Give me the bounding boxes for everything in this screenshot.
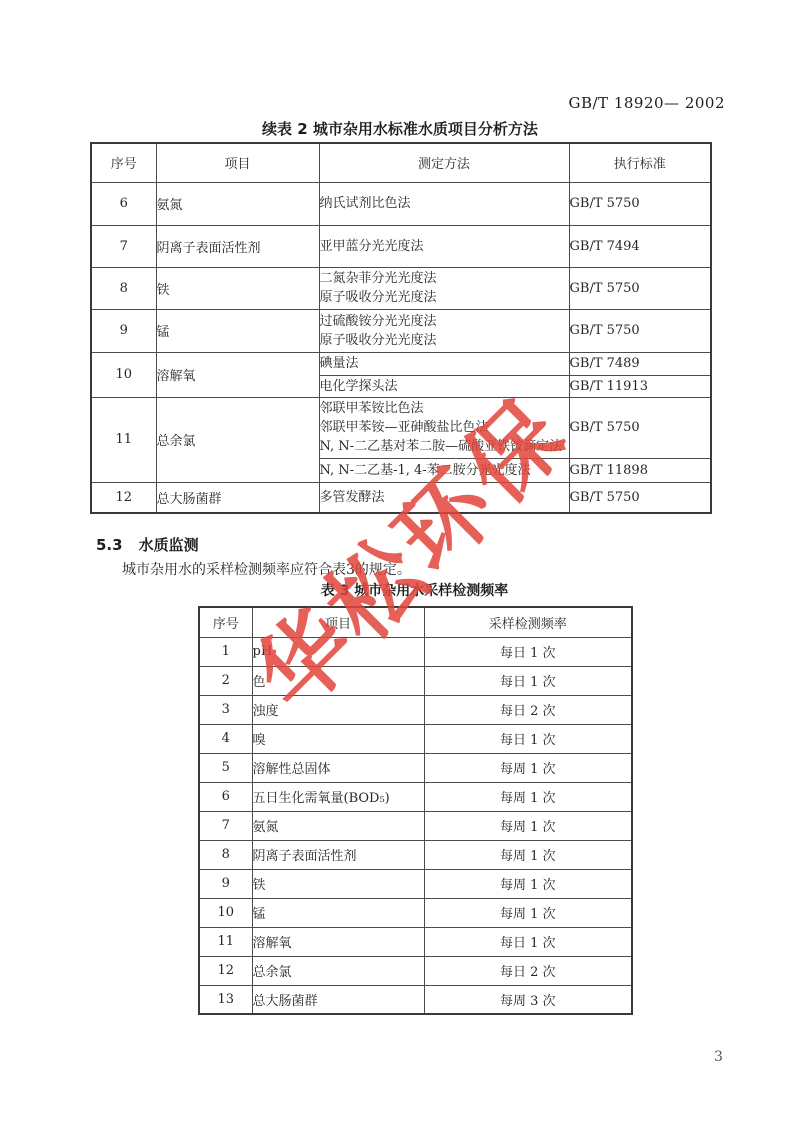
table-header-row: 序号 项目 测定方法 执行标准 xyxy=(91,143,711,182)
table-row: 9 锰 过硫酸铵分光光度法 原子吸收分光光度法 GB/T 5750 xyxy=(91,309,711,352)
cell-seq: 5 xyxy=(199,753,252,782)
cell-item: 锰 xyxy=(252,898,424,927)
table-row: 6 氨氮 纳氏试剂比色法 GB/T 5750 xyxy=(91,182,711,225)
cell-item: 溶解性总固体 xyxy=(252,753,424,782)
table-row: 5 溶解性总固体 每周 1 次 xyxy=(199,753,632,782)
cell-seq: 10 xyxy=(199,898,252,927)
cell-item: 锰 xyxy=(156,309,319,352)
table-row: 8 铁 二氮杂菲分光光度法 原子吸收分光光度法 GB/T 5750 xyxy=(91,267,711,309)
cell-seq: 11 xyxy=(91,397,156,482)
cell-standard: GB/T 5750 xyxy=(569,482,711,513)
sampling-frequency-table: 序号 项目 采样检测频率 1 pH 每日 1 次 2 色 每日 1 次 3 浊度… xyxy=(198,606,633,1015)
cell-frequency: 每日 2 次 xyxy=(424,956,632,985)
document-page: GB/T 18920— 2002 续表 2 城市杂用水标准水质项目分析方法 序号… xyxy=(0,0,800,1130)
table2-caption: 续表 2 城市杂用水标准水质项目分析方法 xyxy=(0,118,800,139)
table-row: 6 五日生化需氧量(BOD₅) 每周 1 次 xyxy=(199,782,632,811)
cell-item: 溶解氧 xyxy=(156,352,319,397)
table-header-row: 序号 项目 采样检测频率 xyxy=(199,607,632,637)
table-row: 10 锰 每周 1 次 xyxy=(199,898,632,927)
cell-method: 过硫酸铵分光光度法 原子吸收分光光度法 xyxy=(319,309,569,352)
cell-item: 阴离子表面活性剂 xyxy=(156,225,319,267)
cell-seq: 7 xyxy=(91,225,156,267)
cell-seq: 12 xyxy=(91,482,156,513)
cell-item: 溶解氧 xyxy=(252,927,424,956)
cell-frequency: 每周 3 次 xyxy=(424,985,632,1014)
cell-seq: 9 xyxy=(91,309,156,352)
cell-seq: 8 xyxy=(199,840,252,869)
cell-seq: 9 xyxy=(199,869,252,898)
cell-item: 总大肠菌群 xyxy=(252,985,424,1014)
cell-seq: 6 xyxy=(91,182,156,225)
cell-frequency: 每日 1 次 xyxy=(424,637,632,666)
table-row: 13 总大肠菌群 每周 3 次 xyxy=(199,985,632,1014)
section-title: 水质监测 xyxy=(139,536,199,554)
cell-method: 二氮杂菲分光光度法 原子吸收分光光度法 xyxy=(319,267,569,309)
cell-standard: GB/T 5750 xyxy=(569,309,711,352)
table-row: 11 总余氯 邻联甲苯铵比色法 邻联甲苯铵—亚砷酸盐比色法 N, N-二乙基对苯… xyxy=(91,397,711,458)
cell-seq: 6 xyxy=(199,782,252,811)
cell-seq: 12 xyxy=(199,956,252,985)
cell-frequency: 每周 1 次 xyxy=(424,753,632,782)
cell-item: 总大肠菌群 xyxy=(156,482,319,513)
cell-method: 碘量法 xyxy=(319,352,569,375)
cell-method: N, N-二乙基-1, 4-苯二胺分光光度法 xyxy=(319,458,569,482)
section-heading: 5.3水质监测 xyxy=(96,534,199,555)
table-row: 3 浊度 每日 2 次 xyxy=(199,695,632,724)
cell-seq: 13 xyxy=(199,985,252,1014)
cell-standard: GB/T 5750 xyxy=(569,397,711,458)
cell-frequency: 每周 1 次 xyxy=(424,898,632,927)
cell-frequency: 每周 1 次 xyxy=(424,840,632,869)
cell-item: 总余氯 xyxy=(252,956,424,985)
cell-seq: 2 xyxy=(199,666,252,695)
table-row: 10 溶解氧 碘量法 GB/T 7489 xyxy=(91,352,711,375)
cell-seq: 10 xyxy=(91,352,156,397)
cell-frequency: 每日 2 次 xyxy=(424,695,632,724)
table-row: 8 阴离子表面活性剂 每周 1 次 xyxy=(199,840,632,869)
col-header-method: 测定方法 xyxy=(319,143,569,182)
page-number: 3 xyxy=(714,1049,723,1065)
section-paragraph: 城市杂用水的采样检测频率应符合表3的规定。 xyxy=(122,559,411,579)
cell-item: 阴离子表面活性剂 xyxy=(252,840,424,869)
table-row: 4 嗅 每日 1 次 xyxy=(199,724,632,753)
cell-standard: GB/T 5750 xyxy=(569,182,711,225)
cell-item: 五日生化需氧量(BOD₅) xyxy=(252,782,424,811)
cell-method: 亚甲蓝分光光度法 xyxy=(319,225,569,267)
cell-frequency: 每日 1 次 xyxy=(424,927,632,956)
cell-seq: 11 xyxy=(199,927,252,956)
cell-method: 多管发酵法 xyxy=(319,482,569,513)
cell-seq: 8 xyxy=(91,267,156,309)
cell-item: pH xyxy=(252,637,424,666)
table-row: 1 pH 每日 1 次 xyxy=(199,637,632,666)
cell-frequency: 每周 1 次 xyxy=(424,782,632,811)
table-row: 7 阴离子表面活性剂 亚甲蓝分光光度法 GB/T 7494 xyxy=(91,225,711,267)
cell-item: 嗅 xyxy=(252,724,424,753)
cell-method: 邻联甲苯铵比色法 邻联甲苯铵—亚砷酸盐比色法 N, N-二乙基对苯二胺—硫酸亚铁… xyxy=(319,397,569,458)
cell-method: 电化学探头法 xyxy=(319,375,569,397)
col-header-item: 项目 xyxy=(156,143,319,182)
cell-seq: 3 xyxy=(199,695,252,724)
table3-caption: 表 3 城市杂用水采样检测频率 xyxy=(198,580,631,600)
col-header-frequency: 采样检测频率 xyxy=(424,607,632,637)
table-row: 2 色 每日 1 次 xyxy=(199,666,632,695)
cell-frequency: 每日 1 次 xyxy=(424,724,632,753)
table-row: 11 溶解氧 每日 1 次 xyxy=(199,927,632,956)
cell-item: 浊度 xyxy=(252,695,424,724)
cell-item: 氨氮 xyxy=(156,182,319,225)
standard-code: GB/T 18920— 2002 xyxy=(569,94,726,112)
cell-item: 氨氮 xyxy=(252,811,424,840)
cell-item: 铁 xyxy=(156,267,319,309)
cell-frequency: 每周 1 次 xyxy=(424,869,632,898)
cell-item: 色 xyxy=(252,666,424,695)
cell-standard: GB/T 11913 xyxy=(569,375,711,397)
cell-seq: 7 xyxy=(199,811,252,840)
cell-seq: 4 xyxy=(199,724,252,753)
col-header-seq: 序号 xyxy=(91,143,156,182)
cell-frequency: 每日 1 次 xyxy=(424,666,632,695)
cell-standard: GB/T 5750 xyxy=(569,267,711,309)
col-header-seq: 序号 xyxy=(199,607,252,637)
cell-standard: GB/T 7489 xyxy=(569,352,711,375)
table-row: 7 氨氮 每周 1 次 xyxy=(199,811,632,840)
cell-item: 总余氯 xyxy=(156,397,319,482)
analysis-methods-table: 序号 项目 测定方法 执行标准 6 氨氮 纳氏试剂比色法 GB/T 5750 7… xyxy=(90,142,712,514)
col-header-item: 项目 xyxy=(252,607,424,637)
col-header-standard: 执行标准 xyxy=(569,143,711,182)
cell-frequency: 每周 1 次 xyxy=(424,811,632,840)
table-row: 9 铁 每周 1 次 xyxy=(199,869,632,898)
table-row: 12 总大肠菌群 多管发酵法 GB/T 5750 xyxy=(91,482,711,513)
cell-item: 铁 xyxy=(252,869,424,898)
table-row: 12 总余氯 每日 2 次 xyxy=(199,956,632,985)
cell-method: 纳氏试剂比色法 xyxy=(319,182,569,225)
cell-standard: GB/T 7494 xyxy=(569,225,711,267)
section-number: 5.3 xyxy=(96,536,123,554)
cell-standard: GB/T 11898 xyxy=(569,458,711,482)
cell-seq: 1 xyxy=(199,637,252,666)
